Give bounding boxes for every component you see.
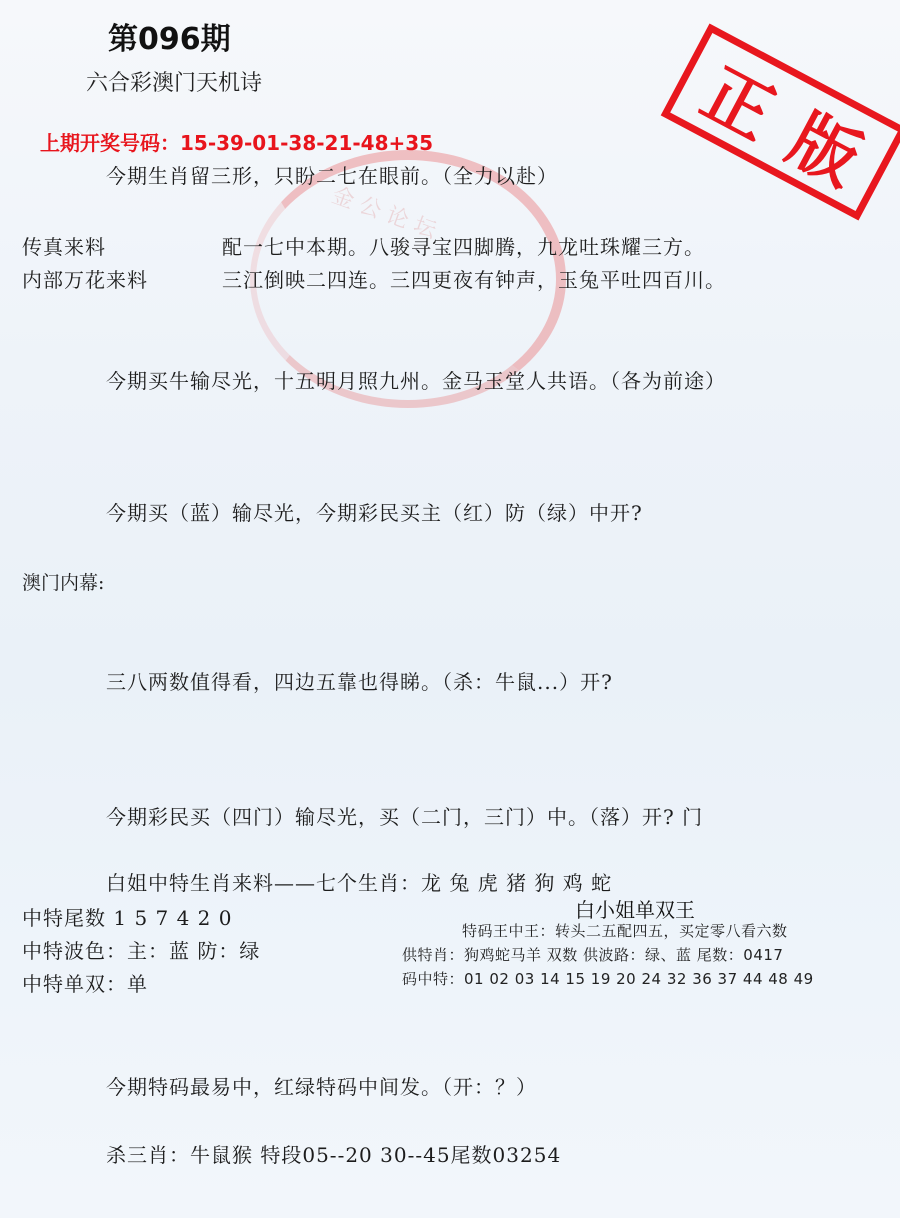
poem-line-5: 今期彩民买（四门）输尽光，买（二门，三门）中。（落）开? 门 <box>106 801 703 830</box>
king-box-line-2: 供特肖：狗鸡蛇马羊 双数 供波路：绿、蓝 尾数：0417 <box>402 944 783 965</box>
king-box-line-3: 码中特：01 02 03 14 15 19 20 24 32 36 37 44 … <box>402 968 814 989</box>
king-box-line-1: 特码王中王：转头二五配四五，买定零八看六数 <box>462 920 788 941</box>
inside-flower-text: 三江倒映二四连。三四更夜有钟声，玉兔平吐四百川。 <box>222 264 726 293</box>
odd-even: 中特单双：单 <box>22 968 148 997</box>
fax-text: 配一七中本期。八骏寻宝四脚腾，九龙吐珠耀三方。 <box>222 231 705 260</box>
poem-line-4: 三八两数值得看，四边五靠也得睇。（杀：牛鼠...）开? <box>106 666 613 695</box>
wave-color: 中特波色：主：蓝 防：绿 <box>22 935 260 964</box>
poem-line-2: 今期买牛输尽光，十五明月照九州。金马玉堂人共语。（各为前途） <box>106 365 726 394</box>
bai-zodiac-line: 白姐中特生肖来料——七个生肖：龙 兔 虎 猪 狗 鸡 蛇 <box>106 867 612 896</box>
poem-line-6: 今期特码最易中，红绿特码中间发。（开：？） <box>106 1071 537 1100</box>
poem-line-3: 今期买（蓝）输尽光，今期彩民买主（红）防（绿）中开? <box>106 497 643 526</box>
issue-title: 第096期 <box>108 14 231 58</box>
king-box-title: 白小姐单双王 <box>575 894 695 923</box>
kill-line: 杀三肖：牛鼠猴 特段05--20 30--45尾数03254 <box>106 1139 561 1168</box>
stamp-char-1: 正 <box>688 40 794 158</box>
authentic-stamp: 正 版 <box>661 24 900 221</box>
macau-inside-label: 澳门内幕: <box>22 568 104 595</box>
tail-numbers: 中特尾数 1 5 7 4 2 0 <box>22 902 233 931</box>
last-draw-numbers: 上期开奖号码：15-39-01-38-21-48+35 <box>40 127 433 156</box>
stamp-char-2: 版 <box>774 86 880 204</box>
poem-line-1: 今期生肖留三形，只盼二七在眼前。（全力以赴） <box>106 160 558 189</box>
fax-label: 传真来料 <box>22 231 106 260</box>
subtitle: 六合彩澳门天机诗 <box>86 66 262 97</box>
inside-flower-label: 内部万花来料 <box>22 264 148 293</box>
